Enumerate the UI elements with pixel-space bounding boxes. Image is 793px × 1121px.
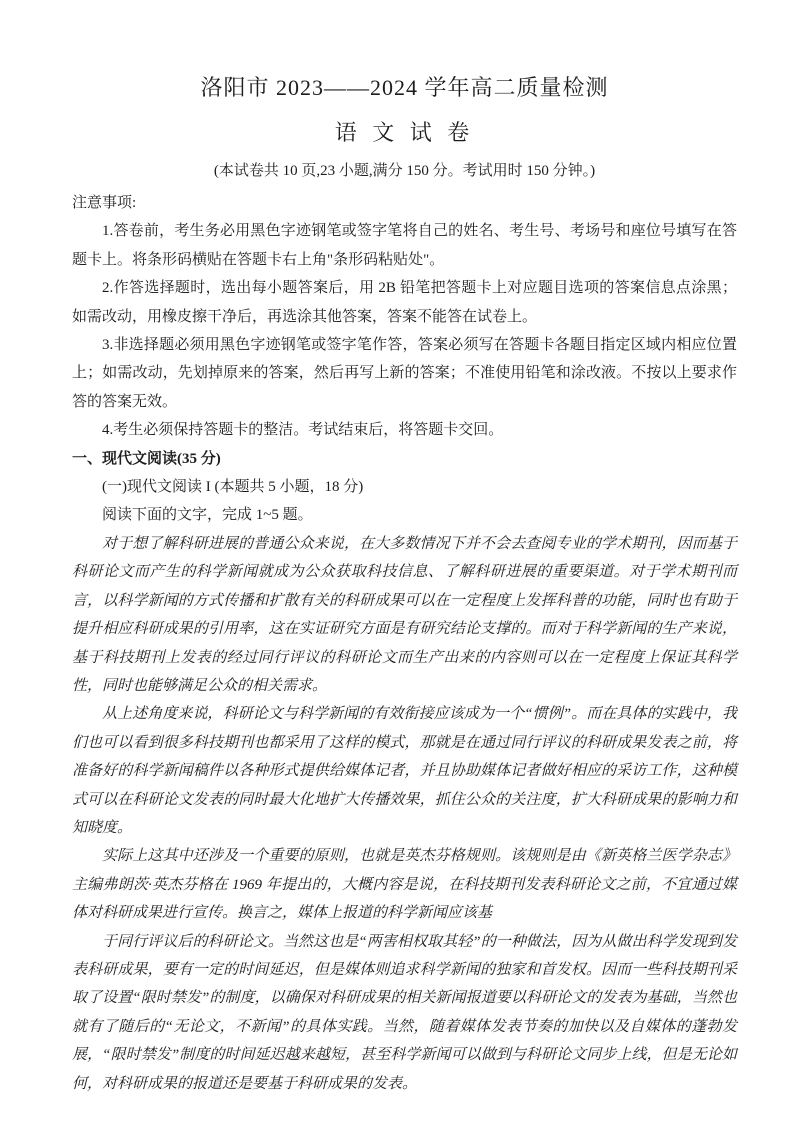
notice-item-4: 4.考生必须保持答题卡的整洁。考试结束后，将答题卡交回。	[72, 416, 737, 444]
notice-item-3: 3.非选择题必须用黑色字迹钢笔或签字笔作答，答案必须写在答题卡各题目指定区域内相…	[72, 331, 737, 416]
exam-paper-page: 洛阳市 2023——2024 学年高二质量检测 语 文 试 卷 (本试卷共 10…	[0, 0, 793, 1121]
exam-body: 注意事项: 1.答卷前，考生务必用黑色字迹钢笔或签字笔将自己的姓名、考生号、考场…	[72, 189, 737, 1098]
reading-instruction: 阅读下面的文字，完成 1~5 题。	[72, 501, 737, 529]
passage-paragraph-3: 实际上这其中还涉及一个重要的原则，也就是英杰芬格规则。该规则是由《新英格兰医学杂…	[72, 842, 737, 927]
notice-item-2: 2.作答选择题时，选出每小题答案后，用 2B 铅笔把答题卡上对应题目选项的答案信…	[72, 274, 737, 331]
passage-paragraph-2: 从上述角度来说，科研论文与科学新闻的有效衔接应该成为一个“惯例”。而在具体的实践…	[72, 700, 737, 842]
reading-passage: 对于想了解科研进展的普通公众来说，在大多数情况下并不会去查阅专业的学术期刊，因而…	[72, 530, 737, 1098]
passage-paragraph-1: 对于想了解科研进展的普通公众来说，在大多数情况下并不会去查阅专业的学术期刊，因而…	[72, 530, 737, 700]
notice-label: 注意事项:	[72, 189, 737, 217]
section-heading: 一、现代文阅读(35 分)	[72, 445, 737, 473]
page-title: 洛阳市 2023——2024 学年高二质量检测	[72, 76, 737, 100]
passage-paragraph-4: 于同行评议后的科研论文。当然这也是“两害相权取其轻”的一种做法，因为从做出科学发…	[72, 928, 737, 1098]
notice-item-1: 1.答卷前，考生务必用黑色字迹钢笔或签字笔将自己的姓名、考生号、考场号和座位号填…	[72, 217, 737, 274]
section-subheading: (一)现代文阅读 I (本题共 5 小题，18 分)	[72, 473, 737, 501]
exam-info-line: (本试卷共 10 页,23 小题,满分 150 分。考试用时 150 分钟。)	[72, 161, 737, 181]
subject-title: 语 文 试 卷	[72, 121, 737, 145]
